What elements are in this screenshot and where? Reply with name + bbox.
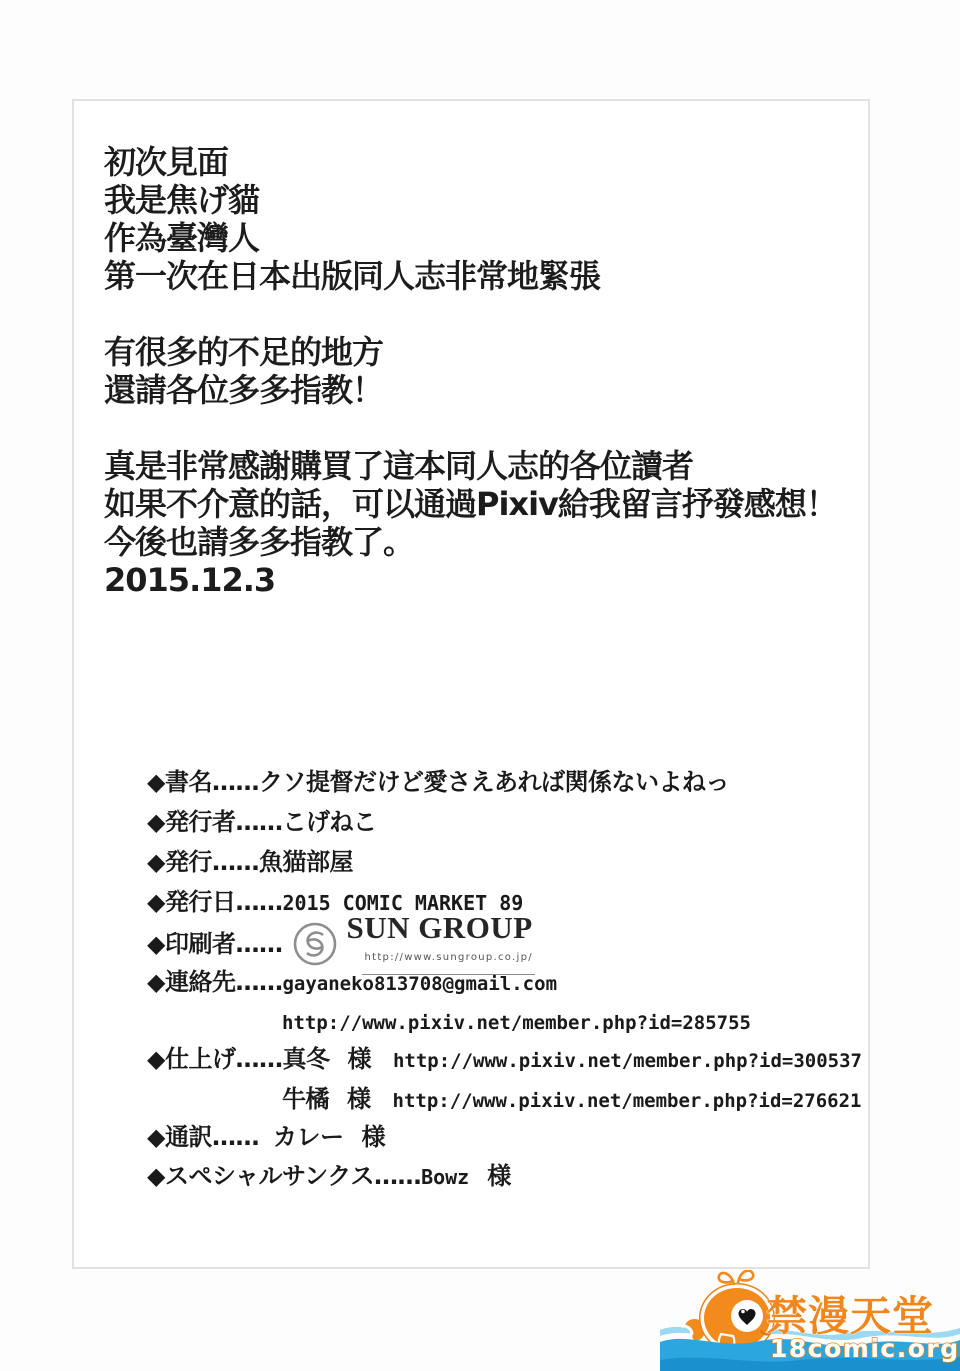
afterword-line: 有很多的不足的地方 [104,333,837,371]
afterword-blank-line [104,409,837,447]
watermark-site-name: 禁漫天堂 [766,1292,934,1340]
colophon-row-contact-pixiv: http://www.pixiv.net/member.php?id=28575… [147,1007,751,1038]
publisher-person-label: ◆発行者…… [147,808,282,836]
special-thanks-name: Bowz [421,1165,469,1189]
book-title-value: クソ提督だけど愛さえあれば関係ないよねっ [259,768,729,796]
afterword-blank-line [104,295,837,333]
colophon-row-translator: ◆通訳……カレー様 [147,1122,385,1153]
translator-name: カレー [273,1123,344,1151]
honorific: 様 [347,1045,371,1073]
colophon-row-printer: ◆印刷者…… SUN GROUP http://www.sungroup.co.… [147,913,535,975]
afterword-line: 今後也請多多指教了。 [104,523,837,561]
colophon-row-contact: ◆連絡先……gayaneko813708@gmail.com [147,967,557,999]
afterword-line: 如果不介意的話，可以通過Pixiv給我留言抒發感想！ [104,485,837,523]
afterword-line: 真是非常感謝購買了這本同人志的各位讀者 [104,447,837,485]
honorific: 様 [487,1162,511,1190]
special-thanks-label: ◆スペシャルサンクス…… [147,1162,421,1190]
finishing-name: 牛橘 [282,1085,329,1113]
watermark-graphic: 禁漫天堂 18comic.org [660,1270,960,1371]
colophon-row-special-thanks: ◆スペシャルサンクス……Bowz様 [147,1161,511,1192]
printer-name: SUN GROUP [346,913,534,943]
printer-label: ◆印刷者…… [147,929,282,959]
colophon-row-circle: ◆発行……魚猫部屋 [147,847,353,878]
afterword-line: 還請各位多多指教！ [104,371,837,409]
afterword-line: 第一次在日本出版同人志非常地緊張 [104,257,837,295]
site-watermark-banner: 禁漫天堂 18comic.org [660,1270,960,1371]
honorific: 様 [347,1085,371,1113]
colophon-row-publisher-person: ◆発行者……こげねこ [147,807,376,838]
finishing-pixiv-url: http://www.pixiv.net/member.php?id=30053… [393,1050,862,1072]
scanned-page: 初次見面 我是焦げ貓 作為臺灣人 第一次在日本出版同人志非常地緊張 有很多的不足… [72,99,870,1269]
sun-group-logo: SUN GROUP http://www.sungroup.co.jp/ [292,913,534,975]
afterword-date: 2015.12.3 [104,561,837,599]
colophon-row-book-title: ◆書名……クソ提督だけど愛さえあれば関係ないよねっ [147,767,729,798]
circle-value: 魚猫部屋 [259,848,353,876]
contact-label: ◆連絡先…… [147,968,282,996]
watermark-site-url: 18comic.org [770,1334,960,1363]
finishing-label: ◆仕上げ…… [147,1045,282,1073]
afterword-line: 作為臺灣人 [104,219,837,257]
colophon-row-finishing-2: 牛橘様http://www.pixiv.net/member.php?id=27… [147,1084,862,1116]
finishing-pixiv-url: http://www.pixiv.net/member.php?id=27662… [393,1090,862,1112]
afterword-line: 我是焦げ貓 [104,181,837,219]
sun-group-emblem-icon [292,921,338,967]
contact-pixiv-url: http://www.pixiv.net/member.php?id=28575… [282,1012,751,1034]
colophon-row-finishing-1: ◆仕上げ……真冬様http://www.pixiv.net/member.php… [147,1044,862,1076]
whale-sprout-icon [719,1273,734,1284]
contact-email: gayaneko813708@gmail.com [282,973,557,995]
publish-date-label: ◆発行日…… [147,888,282,916]
finishing-name: 真冬 [282,1045,329,1073]
circle-label: ◆発行…… [147,848,259,876]
afterword-message: 初次見面 我是焦げ貓 作為臺灣人 第一次在日本出版同人志非常地緊張 有很多的不足… [104,143,837,599]
sun-group-text-block: SUN GROUP http://www.sungroup.co.jp/ [346,913,534,975]
translator-label: ◆通訳…… [147,1123,259,1151]
honorific: 様 [361,1123,385,1151]
afterword-line: 初次見面 [104,143,837,181]
publisher-person-value: こげねこ [282,808,376,836]
book-title-label: ◆書名…… [147,768,259,796]
